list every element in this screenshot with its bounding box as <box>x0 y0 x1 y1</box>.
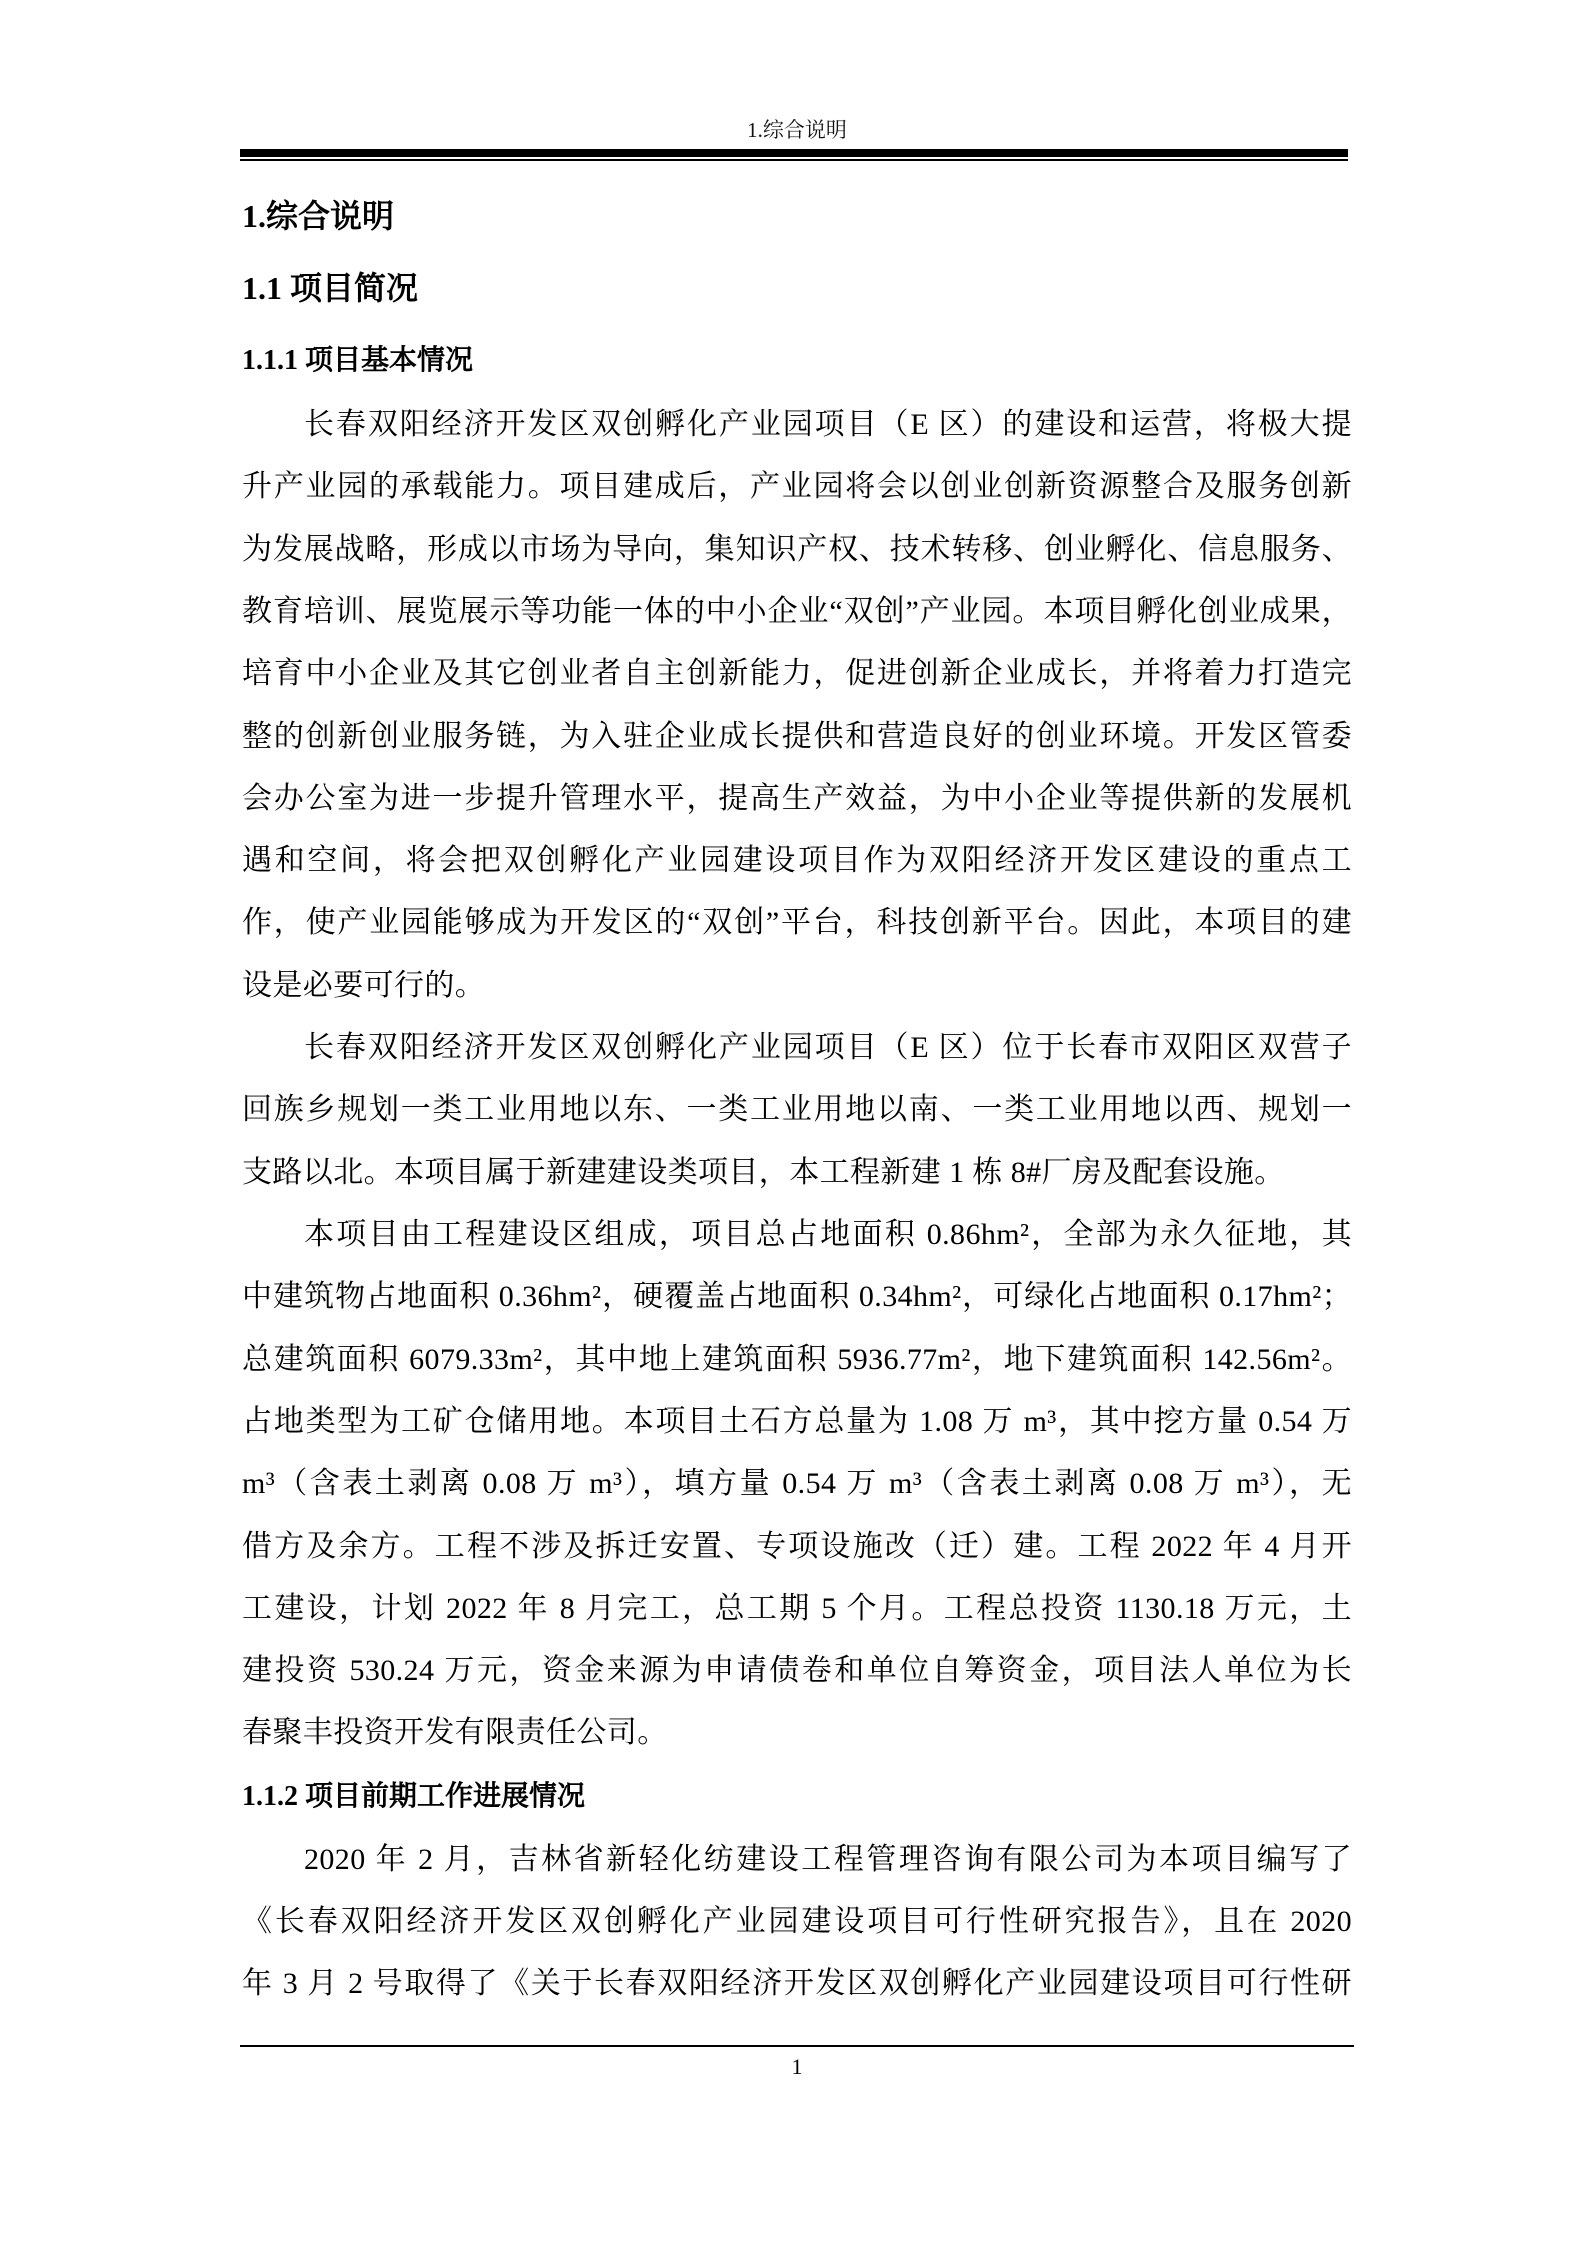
text-line: 教育培训、展览展示等功能一体的中小企业“双创”产业园。本项目孵化创业成果， <box>242 581 1352 643</box>
chapter-heading: 1.综合说明 <box>242 196 394 236</box>
text-line: 建投资 530.24 万元，资金来源为申请债卷和单位自筹资金，项目法人单位为长 <box>242 1640 1352 1702</box>
text-line: 春聚丰投资开发有限责任公司。 <box>242 1702 1352 1764</box>
text-line: 整的创新创业服务链，为入驻企业成长提供和营造良好的创业环境。开发区管委 <box>242 706 1352 768</box>
footer-rule <box>240 2045 1354 2047</box>
section-heading: 1.1 项目简况 <box>242 268 418 308</box>
text-line: 借方及余方。工程不涉及拆迁安置、专项设施改（迁）建。工程 2022 年 4 月开 <box>242 1516 1352 1578</box>
header-rule-thick <box>240 149 1348 157</box>
text-line: 年 3 月 2 号取得了《关于长春双阳经济开发区双创孵化产业园建设项目可行性研 <box>242 1953 1352 2015</box>
text-line: 升产业园的承载能力。项目建成后，产业园将会以创业创新资源整合及服务创新 <box>242 456 1352 518</box>
text-line: 会办公室为进一步提升管理水平，提高生产效益，为中小企业等提供新的发展机 <box>242 768 1352 830</box>
text-line: 支路以北。本项目属于新建建设类项目，本工程新建 1 栋 8#厂房及配套设施。 <box>242 1142 1352 1204</box>
text-line: 2020 年 2 月，吉林省新轻化纺建设工程管理咨询有限公司为本项目编写了 <box>242 1829 1352 1891</box>
text-line: 回族乡规划一类工业用地以东、一类工业用地以南、一类工业用地以西、规划一 <box>242 1079 1352 1141</box>
document-page: 1.综合说明 1.综合说明 1.1 项目简况 1.1.1 项目基本情况 长春双阳… <box>0 0 1587 2245</box>
running-header: 1.综合说明 <box>242 116 1352 144</box>
text-line: m³（含表土剥离 0.08 万 m³），填方量 0.54 万 m³（含表土剥离 … <box>242 1453 1352 1515</box>
text-line: 长春双阳经济开发区双创孵化产业园项目（E 区）的建设和运营，将极大提 <box>242 394 1352 456</box>
text-line: 培育中小企业及其它创业者自主创新能力，促进创新企业成长，并将着力打造完 <box>242 643 1352 705</box>
text-line: 遇和空间，将会把双创孵化产业园建设项目作为双阳经济开发区建设的重点工 <box>242 830 1352 892</box>
text-line: 占地类型为工矿仓储用地。本项目土石方总量为 1.08 万 m³，其中挖方量 0.… <box>242 1391 1352 1453</box>
text-line: 工建设，计划 2022 年 8 月完工，总工期 5 个月。工程总投资 1130.… <box>242 1578 1352 1640</box>
text-line: 作，使产业园能够成为开发区的“双创”平台，科技创新平台。因此，本项目的建 <box>242 892 1352 954</box>
text-line: 为发展战略，形成以市场为导向，集知识产权、技术转移、创业孵化、信息服务、 <box>242 519 1352 581</box>
text-line: 长春双阳经济开发区双创孵化产业园项目（E 区）位于长春市双阳区双营子 <box>242 1017 1352 1079</box>
header-rule-thin <box>240 159 1348 161</box>
text-line: 总建筑面积 6079.33m²，其中地上建筑面积 5936.77m²，地下建筑面… <box>242 1329 1352 1391</box>
text-line: 中建筑物占地面积 0.36hm²，硬覆盖占地面积 0.34hm²，可绿化占地面积… <box>242 1266 1352 1328</box>
subsection-heading-basic-info: 1.1.1 项目基本情况 <box>242 343 473 379</box>
text-line: 《长春双阳经济开发区双创孵化产业园建设项目可行性研究报告》，且在 2020 <box>242 1891 1352 1953</box>
page-number: 1 <box>242 2054 1352 2080</box>
text-line: 本项目由工程建设区组成，项目总占地面积 0.86hm²，全部为永久征地，其 <box>242 1204 1352 1266</box>
subsection-heading-progress: 1.1.2 项目前期工作进展情况 <box>242 1779 585 1815</box>
text-line: 设是必要可行的。 <box>242 955 1352 1017</box>
